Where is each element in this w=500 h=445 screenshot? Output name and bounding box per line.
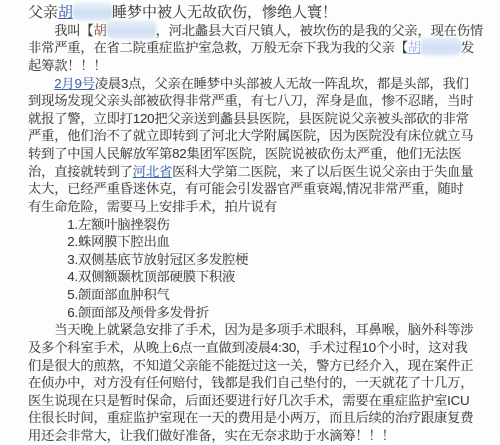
text-line: 用还会非常大，让我们做好准备，实在无奈求助于水滴筹！！！ — [28, 427, 498, 445]
text-line: 转到了中国人民解放军第82集团军医院，医院说被砍伤太严重，他们无法医 — [28, 145, 498, 163]
text-segment: 我叫【 — [28, 23, 93, 38]
text-segment: 4.双侧额颞枕顶部硬膜下积液 — [28, 269, 235, 284]
text-segment: 2.蛛网膜下腔出血 — [28, 234, 170, 249]
author-name: 胡 — [93, 23, 106, 38]
text-segment: 们是很大的煎熬，不知道父亲能不能挺过这一关，警方已经介入，现在案件正 — [28, 358, 473, 373]
text-line: 们是很大的煎熬，不知道父亲能不能挺过这一关，警方已经介入，现在案件正 — [28, 357, 498, 375]
text-segment: 非常严重，在省二院重症监护室急救，万般无奈下我为我的父亲【 — [28, 40, 408, 55]
text-segment: 6.颌面部及颅骨多发骨折 — [28, 305, 209, 320]
list-item: 6.颌面部及颅骨多发骨折 — [28, 304, 498, 322]
title-line: 父亲胡睡梦中被人无故砍伤，惨绝人寰！ — [28, 4, 498, 22]
text-segment: 就报了警，立即打120把父亲送到蠡县县医院，县医院说父亲被头部砍的非常 — [28, 111, 469, 126]
list-item: 4.双侧额颞枕顶部硬膜下积液 — [28, 268, 498, 286]
text-line: 我叫【胡，河北蠡县大百尺镇人，被坎伤的是我的父亲，现在伤情 — [28, 22, 498, 40]
text-segment: 有生命危险，需要马上安排手术，拍片说有 — [28, 199, 277, 214]
text-segment: 当天晚上就紧急安排了手术，因为是多项手术眼科，耳鼻喉，脑外科等涉 — [28, 322, 473, 337]
text-line: 住很长时间，重症监护室现在一天的费用是小两万，而且后续的治疗跟康复费 — [28, 409, 498, 427]
father-name-link[interactable]: 胡 — [408, 40, 421, 55]
text-line: 治，直接就转到了河北省医科大学第二医院，来了以后医生说父亲由于失血量 — [28, 163, 498, 181]
redacted-name-blur — [108, 23, 155, 37]
text-segment: 转到了中国人民解放军第82集团军医院，医院说被砍伤太严重，他们无法医 — [28, 146, 462, 161]
text-line: 太大，已经严重昏迷休克，有可能会引发器官严重衰竭,情况非常严重，随时 — [28, 180, 498, 198]
text-segment: 发 — [461, 40, 474, 55]
text-line: 起筹款！！！ — [28, 57, 498, 75]
text-line: 非常严重，在省二院重症监护室急救，万般无奈下我为我的父亲【胡发 — [28, 39, 498, 57]
hebei-province-link[interactable]: 河北省 — [133, 164, 172, 179]
text-segment: 住很长时间，重症监护室现在一天的费用是小两万，而且后续的治疗跟康复费 — [28, 410, 473, 425]
text-segment: 到现场发现父亲头部被砍得非常严重，有七八刀，浑身是血，惨不忍睹，当时 — [28, 93, 473, 108]
redacted-name-blur — [422, 40, 460, 54]
text-line: 有生命危险，需要马上安排手术，拍片说有 — [28, 198, 498, 216]
text-segment: 严重，他们治不了就立即转到了河北大学附属医院，因为医院没有床位就立马 — [28, 128, 473, 143]
screenshot-root: 父亲胡睡梦中被人无故砍伤，惨绝人寰！ 我叫【胡，河北蠡县大百尺镇人，被坎伤的是我… — [0, 0, 500, 445]
text-segment: 治，直接就转到了 — [28, 164, 133, 179]
text-line: 2月9号凌晨3点，父亲在睡梦中头部被人无故一阵乱坎，都是头部，我们 — [28, 75, 498, 93]
date-link[interactable]: 2月9号 — [54, 76, 95, 91]
text-line: 就报了警，立即打120把父亲送到蠡县县医院，县医院说父亲被头部砍的非常 — [28, 110, 498, 128]
text-line: 及多个科室手术，从晚上6点一直做到凌晨4:30，手术过程10个小时，这对我 — [28, 339, 498, 357]
text-line: 当天晚上就紧急安排了手术，因为是多项手术眼科，耳鼻喉，脑外科等涉 — [28, 321, 498, 339]
text-segment — [28, 76, 54, 91]
text-segment: 及多个科室手术，从晚上6点一直做到凌晨4:30，手术过程10个小时，这对我 — [28, 340, 468, 355]
list-item: 5.颌面部血肿积气 — [28, 286, 498, 304]
text-line: 严重，他们治不了就立即转到了河北大学附属医院，因为医院没有床位就立马 — [28, 127, 498, 145]
list-item: 1.左额叶脑挫裂伤 — [28, 216, 498, 234]
text-segment: 1.左额叶脑挫裂伤 — [28, 217, 170, 232]
text-segment: 医生说现在只是暂时保命，后面还要进行好几次手术，需要在重症监护室ICU — [28, 393, 469, 408]
text-line: 到现场发现父亲头部被砍得非常严重，有七八刀，浑身是血，惨不忍睹，当时 — [28, 92, 498, 110]
plea-text: 父亲胡睡梦中被人无故砍伤，惨绝人寰！ 我叫【胡，河北蠡县大百尺镇人，被坎伤的是我… — [0, 0, 500, 445]
text-segment: ，河北蠡县大百尺镇人，被坎伤的是我的父亲，现在伤情 — [156, 23, 483, 38]
text-segment: 5.颌面部血肿积气 — [28, 287, 170, 302]
text-line: 在侦办中，对方没有任何赔付，钱都是我们自己垫付的，一天就花了十几万， — [28, 374, 498, 392]
text-segment: 用还会非常大，让我们做好准备，实在无奈求助于水滴筹！！！ — [28, 428, 395, 443]
redacted-name-blur — [74, 5, 111, 19]
list-item: 2.蛛网膜下腔出血 — [28, 233, 498, 251]
text-segment: 睡梦中被人无故砍伤，惨绝人寰！ — [112, 4, 337, 21]
text-segment: 父亲 — [28, 4, 58, 21]
text-segment: 在侦办中，对方没有任何赔付，钱都是我们自己垫付的，一天就花了十几万， — [28, 375, 473, 390]
text-line: 医生说现在只是暂时保命，后面还要进行好几次手术，需要在重症监护室ICU — [28, 392, 498, 410]
text-segment: 起筹款！！！ — [28, 58, 107, 73]
text-segment: 太大，已经严重昏迷休克，有可能会引发器官严重衰竭,情况非常严重，随时 — [28, 181, 464, 196]
list-item: 3.双侧基底节放射冠区多发腔梗 — [28, 251, 498, 269]
text-segment: 3.双侧基底节放射冠区多发腔梗 — [28, 252, 248, 267]
father-name-link[interactable]: 胡 — [58, 4, 73, 21]
text-segment: 凌晨3点，父亲在睡梦中头部被人无故一阵乱坎，都是头部，我们 — [95, 76, 469, 91]
text-segment: 医科大学第二医院，来了以后医生说父亲由于失血量 — [172, 164, 473, 179]
